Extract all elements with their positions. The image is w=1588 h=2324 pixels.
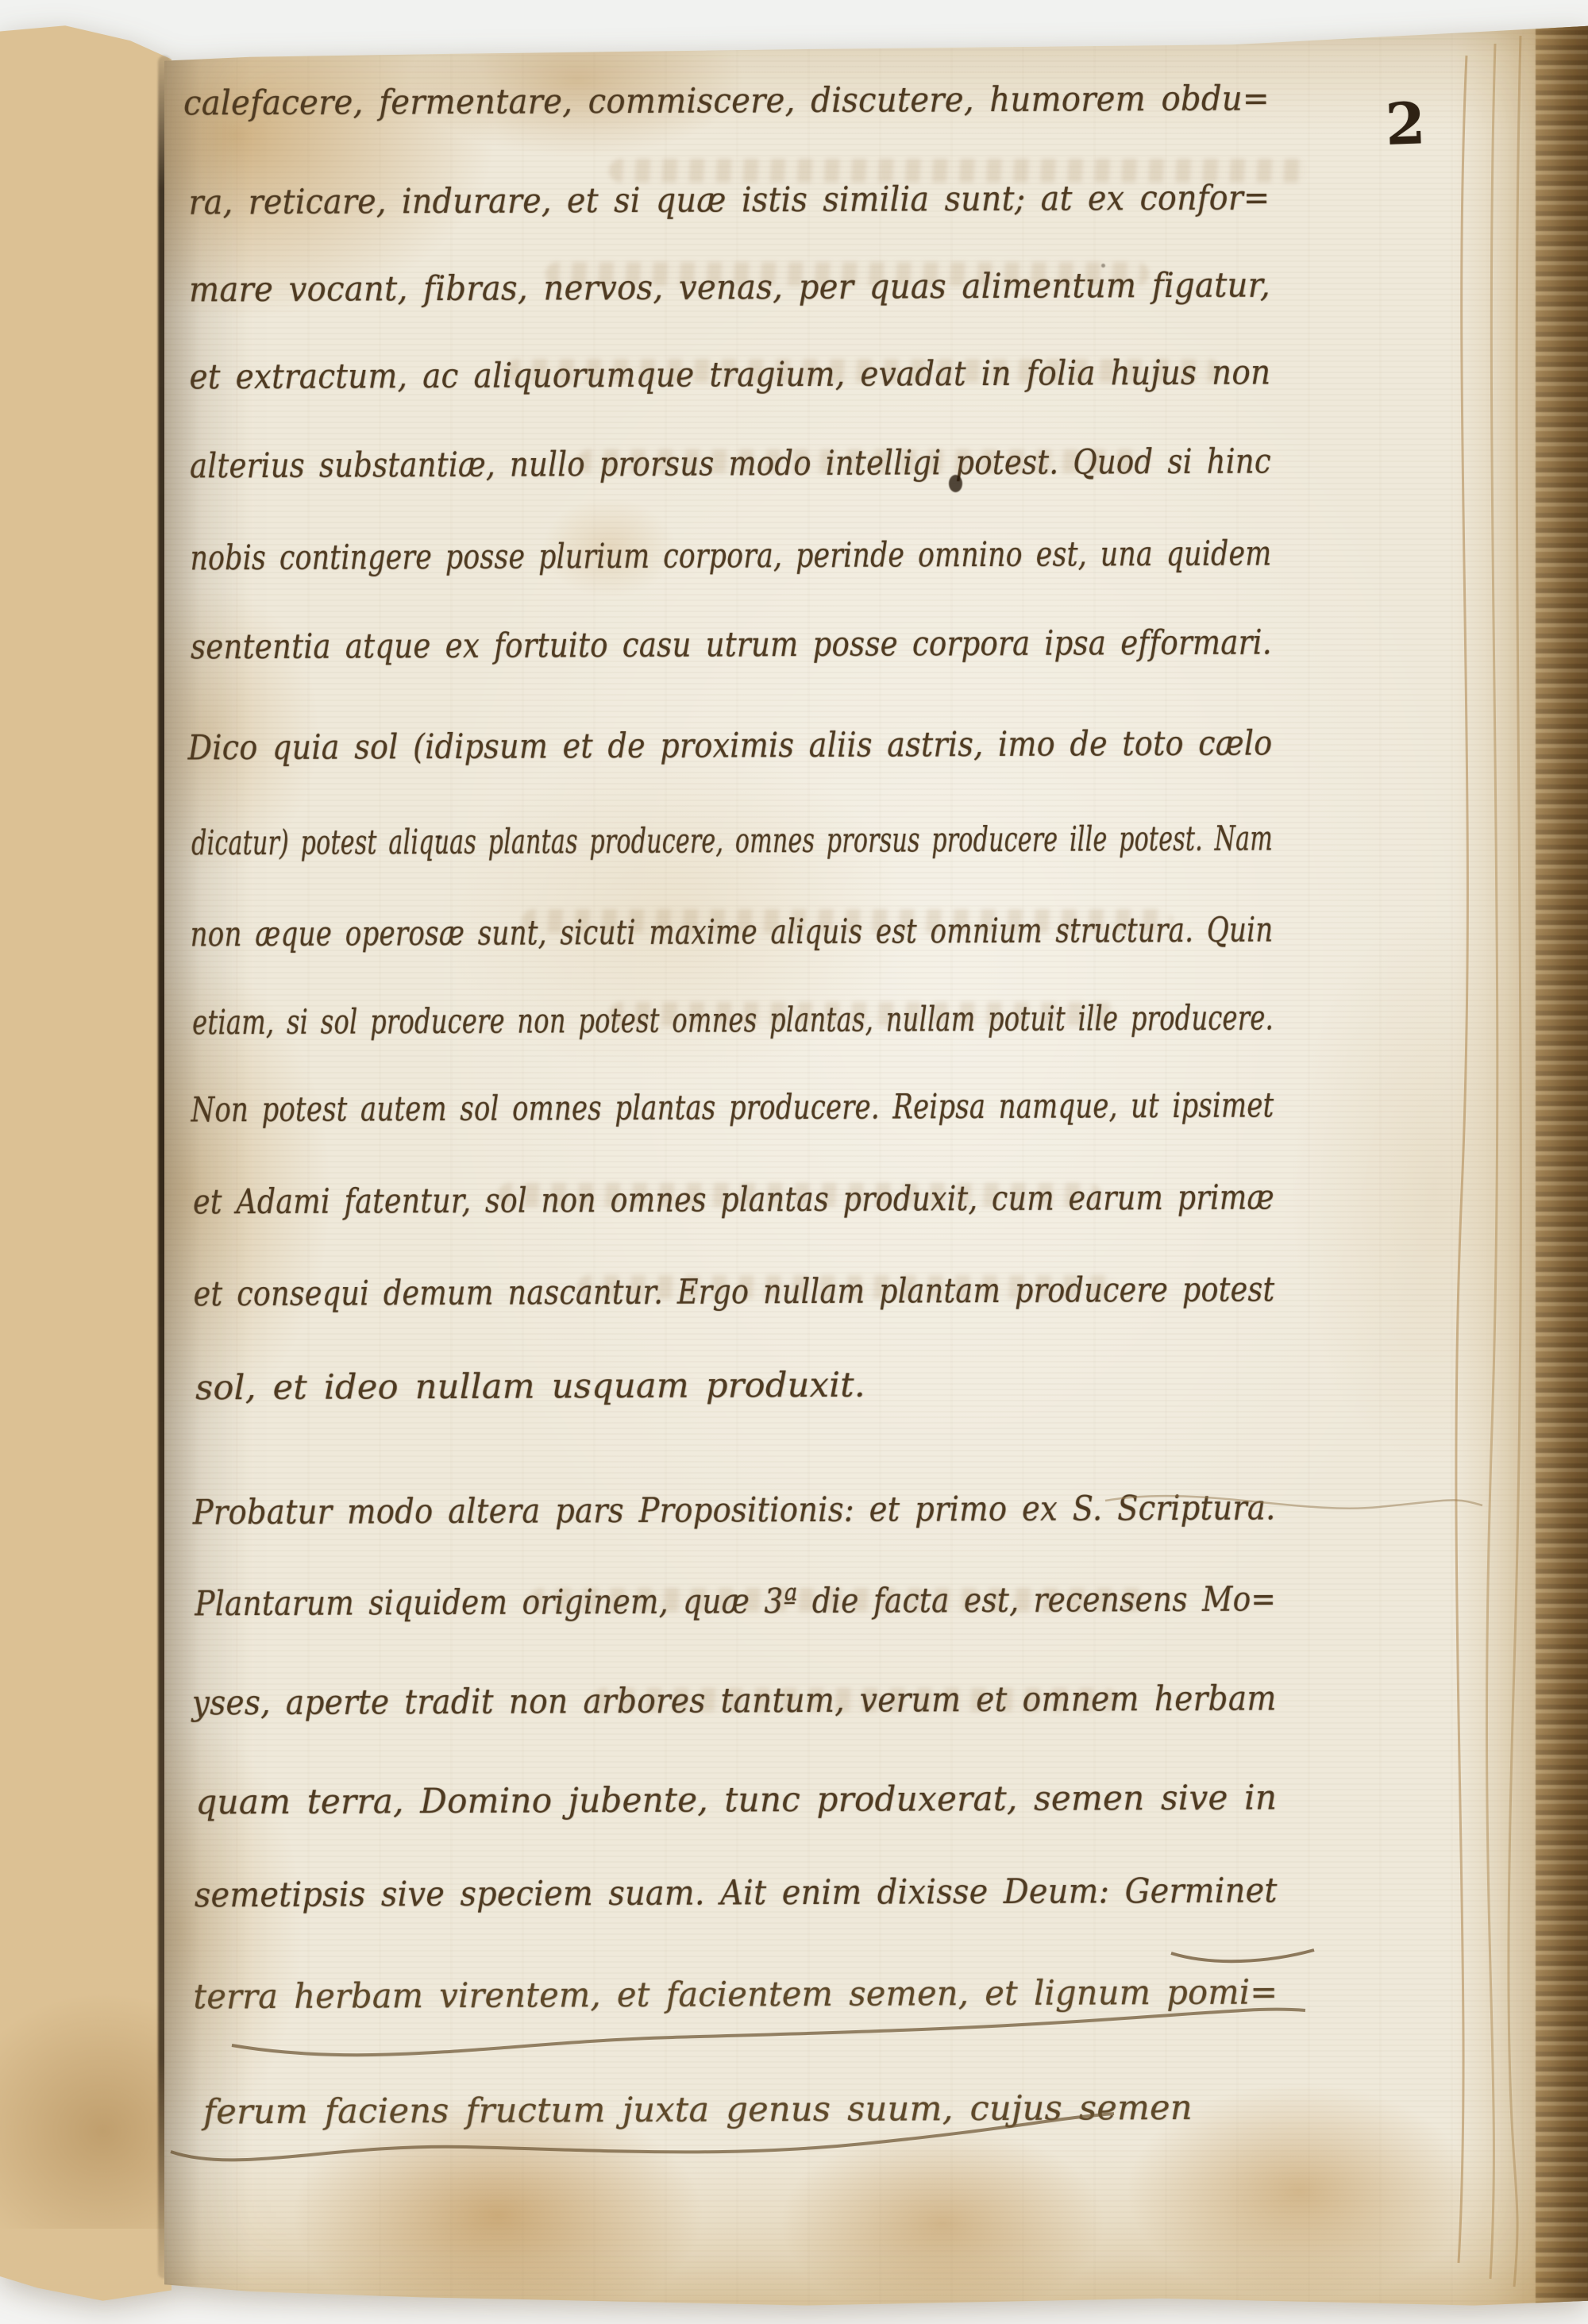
manuscript-line: calefacere, fermentare, commiscere, disc… — [183, 77, 1270, 126]
manuscript-page: calefacere, fermentare, commiscere, disc… — [164, 0, 1588, 2324]
fore-edge-crease — [1509, 36, 1521, 2287]
show-through-ghost-writing — [498, 1183, 1101, 1207]
show-through-ghost-writing — [530, 1588, 1149, 1612]
show-through-ghost-writing — [545, 262, 1149, 286]
manuscript-line: yses, aperte tradit non arbores tantum, … — [192, 1677, 1277, 1726]
page-fore-edge — [1453, 0, 1588, 2324]
manuscript-line: dicatur) potest aliquas plantas producer… — [191, 817, 1273, 866]
manuscript-line: sol, et ideo nullam usquam produxit. — [195, 1364, 865, 1412]
manuscript-line: ra, reticare, indurare, et si quæ istis … — [188, 176, 1270, 225]
show-through-ghost-writing — [609, 1002, 1117, 1026]
manuscript-line: et consequi demum nascantur. Ergo nullam… — [193, 1268, 1274, 1317]
manuscript-line: ferum faciens fructum juxta genus suum, … — [203, 2087, 1193, 2135]
manuscript-line: sententia atque ex fortuito casu utrum p… — [191, 621, 1272, 670]
manuscript-line: Dico quia sol (idipsum et de proximis al… — [187, 722, 1272, 771]
page-curl-shading — [0, 1784, 172, 2229]
ink-underlines — [164, 0, 1588, 2324]
ink-speck — [437, 835, 442, 839]
fore-edge-crease — [1486, 44, 1497, 2279]
manuscript-line: semetipsis sive speciem suam. Ait enim d… — [195, 1869, 1278, 1918]
ink-speck — [1101, 264, 1105, 268]
manuscript-line: Probatur modo altera pars Propositionis:… — [193, 1486, 1276, 1536]
manuscript-line: non æque operosæ sunt, sicuti maxime ali… — [190, 908, 1273, 958]
manuscript-line: Plantarum siquidem originem, quæ 3ª die … — [195, 1578, 1276, 1627]
manuscript-line: nobis contingere posse plurium corpora, … — [190, 532, 1271, 581]
show-through-ghost-writing — [577, 1275, 1117, 1299]
manuscript-line: Non potest autem sol omnes plantas produ… — [191, 1084, 1274, 1133]
open-book: calefacere, fermentare, commiscere, disc… — [0, 0, 1588, 2324]
manuscript-line: terra herbam virentem, et facientem seme… — [193, 1971, 1278, 2020]
handwriting-block: calefacere, fermentare, commiscere, disc… — [164, 0, 1588, 2324]
manuscript-line: quam terra, Domino jubente, tunc produxe… — [195, 1776, 1277, 1825]
manuscript-photo: calefacere, fermentare, commiscere, disc… — [0, 0, 1588, 2324]
manuscript-line: etiam, si sol producere non potest omnes… — [192, 996, 1274, 1046]
manuscript-line: et Adami fatentur, sol non omnes plantas… — [193, 1176, 1274, 1225]
show-through-ghost-writing — [506, 359, 1220, 383]
show-through-ghost-writing — [577, 449, 1149, 473]
facing-page-edge — [0, 0, 172, 2324]
manuscript-line: et extractum, ac aliquorumque tragium, e… — [189, 351, 1270, 400]
paper-crease-line — [1105, 1496, 1482, 1509]
manuscript-line: alterius substantiæ, nullo prorsus modo … — [190, 440, 1271, 489]
show-through-ghost-writing — [522, 909, 1173, 933]
underline-germinet — [1171, 1950, 1314, 1961]
manuscript-line: mare vocant, fibras, nervos, venas, per … — [189, 264, 1270, 313]
fore-edge-crease — [1456, 56, 1468, 2263]
ink-blot — [949, 475, 962, 492]
show-through-ghost-writing — [609, 159, 1308, 183]
page-number: 2 — [1385, 94, 1427, 153]
underline-genesis-quote — [232, 2010, 1305, 2056]
underline-last-line — [171, 2114, 1114, 2160]
show-through-ghost-writing — [593, 1688, 1117, 1712]
page-edge-stack — [1536, 0, 1588, 2324]
